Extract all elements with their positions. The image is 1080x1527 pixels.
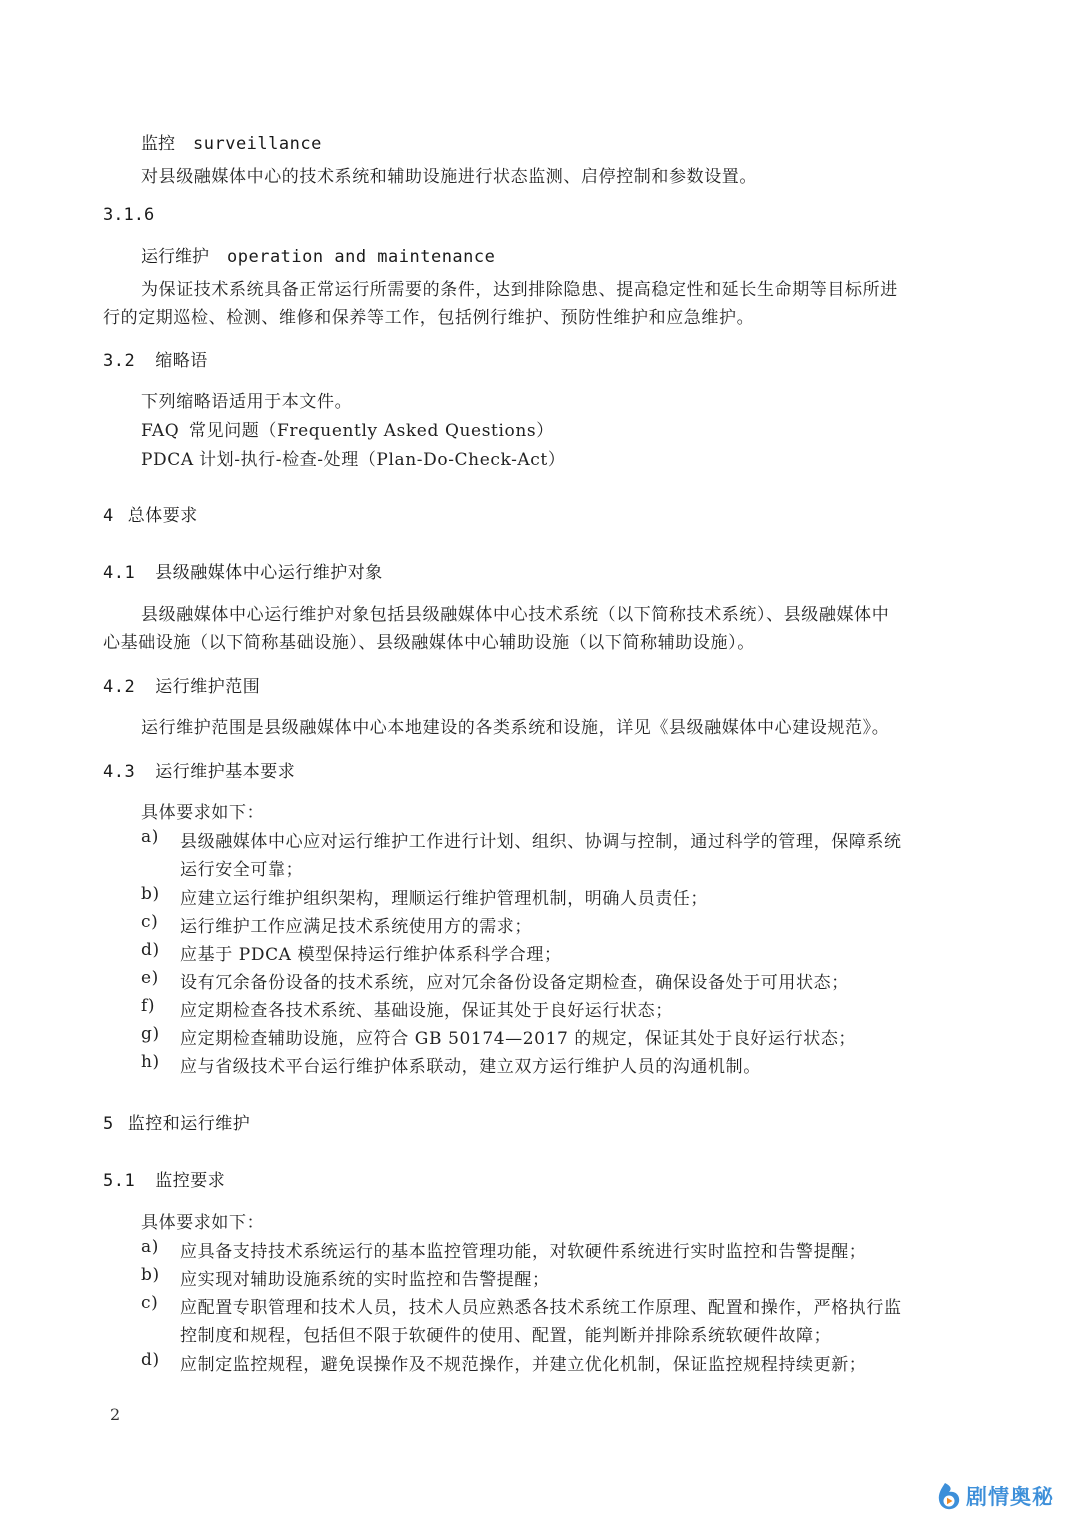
- section-title: 运行维护基本要求: [155, 762, 295, 782]
- list-item-text: 应定期检查辅助设施，应符合 GB 50174—2017 的规定，保证其处于良好运…: [180, 1024, 856, 1049]
- list-item-text-cont: 控制度和规程，包括但不限于软硬件的使用、配置，能判断并排除系统软硬件故障；: [180, 1321, 831, 1346]
- list-item-text-cont: 运行安全可靠；: [180, 855, 303, 880]
- list-marker: e): [141, 968, 159, 988]
- list-item-text: 运行维护工作应满足技术系统使用方的需求；: [180, 912, 532, 937]
- abbreviation-item: PDCA计划-执行-检查-处理（Plan-Do-Check-Act）: [141, 445, 565, 470]
- list-item-text: 应实现对辅助设施系统的实时监控和告警提醒；: [180, 1265, 550, 1290]
- list-item-text: 应基于 PDCA 模型保持运行维护体系科学合理；: [180, 940, 562, 965]
- abbreviation-item: FAQ常见问题（Frequently Asked Questions）: [141, 416, 554, 441]
- list-item-text: 设有冗余备份设备的技术系统，应对冗余备份设备定期检查，确保设备处于可用状态；: [180, 968, 849, 993]
- list-marker: c): [141, 912, 158, 932]
- list-intro: 具体要求如下：: [141, 1208, 264, 1233]
- paragraph-line: 县级融媒体中心运行维护对象包括县级融媒体中心技术系统（以下简称技术系统）、县级融…: [141, 600, 889, 625]
- term-en: surveillance: [193, 134, 322, 154]
- list-marker: d): [141, 1350, 160, 1370]
- section-heading-4: 4总体要求: [103, 501, 198, 526]
- list-marker: g): [141, 1024, 160, 1044]
- watermark-text: 剧情奥秘: [966, 1481, 1054, 1511]
- term-heading: 监控surveillance: [141, 134, 322, 154]
- section-heading-4-2: 4.2运行维护范围: [103, 672, 260, 697]
- term-cn: 监控: [141, 134, 175, 154]
- list-marker: h): [141, 1052, 160, 1072]
- list-item-text: 应制定监控规程，避免误操作及不规范操作，并建立优化机制，保证监控规程持续更新；: [180, 1350, 866, 1375]
- list-marker: c): [141, 1293, 158, 1313]
- section-number: 5.1: [103, 1171, 135, 1191]
- list-marker: f): [141, 996, 155, 1016]
- section-number: 4: [103, 506, 114, 526]
- term-definition: 对县级融媒体中心的技术系统和辅助设施进行状态监测、启停控制和参数设置。: [141, 162, 757, 187]
- list-marker: b): [141, 1265, 160, 1285]
- clause-number: 3.1.6: [103, 205, 154, 225]
- play-drop-logo-icon: [936, 1481, 962, 1511]
- term-definition-line: 为保证技术系统具备正常运行所需要的条件，达到排除隐患、提高稳定性和延长生命期等目…: [141, 275, 898, 300]
- section-heading-5: 5监控和运行维护: [103, 1109, 250, 1134]
- abbreviation: PDCA: [141, 450, 199, 470]
- term-definition-line: 行的定期巡检、检测、维修和保养等工作，包括例行维护、预防性维护和应急维护。: [103, 303, 754, 328]
- list-marker: a): [141, 1237, 159, 1257]
- section-heading-4-1: 4.1县级融媒体中心运行维护对象: [103, 558, 383, 583]
- section-title: 县级融媒体中心运行维护对象: [155, 563, 383, 583]
- section-heading-5-1: 5.1监控要求: [103, 1166, 225, 1191]
- section-number: 4.3: [103, 762, 135, 782]
- section-title: 缩略语: [155, 351, 208, 371]
- section-title: 总体要求: [128, 506, 198, 526]
- list-item-text: 县级融媒体中心应对运行维护工作进行计划、组织、协调与控制，通过科学的管理，保障系…: [180, 827, 902, 852]
- list-item-text: 应定期检查各技术系统、基础设施，保证其处于良好运行状态；: [180, 996, 673, 1021]
- watermark: 剧情奥秘: [936, 1478, 1054, 1514]
- abbreviation-meaning: 计划-执行-检查-处理（Plan-Do-Check-Act）: [199, 450, 565, 470]
- term-en: operation and maintenance: [227, 247, 495, 267]
- abbreviation: FAQ: [141, 421, 189, 441]
- page-number: 2: [110, 1405, 120, 1424]
- list-marker: a): [141, 827, 159, 847]
- abbreviation-meaning: 常见问题（Frequently Asked Questions）: [189, 421, 554, 441]
- section-number: 4.1: [103, 563, 135, 583]
- section-number: 4.2: [103, 677, 135, 697]
- term-heading: 运行维护operation and maintenance: [141, 247, 495, 267]
- list-intro: 具体要求如下：: [141, 798, 264, 823]
- section-heading-3-2: 3.2缩略语: [103, 346, 208, 371]
- paragraph-line: 心基础设施（以下简称基础设施）、县级融媒体中心辅助设施（以下简称辅助设施）。: [103, 628, 755, 653]
- section-title: 监控要求: [155, 1171, 225, 1191]
- section-number: 3.2: [103, 351, 135, 371]
- list-item-text: 应配置专职管理和技术人员，技术人员应熟悉各技术系统工作原理、配置和操作，严格执行…: [180, 1293, 902, 1318]
- abbreviations-intro: 下列缩略语适用于本文件。: [141, 387, 352, 412]
- section-heading-4-3: 4.3运行维护基本要求: [103, 757, 295, 782]
- section-number: 5: [103, 1114, 114, 1134]
- section-title: 监控和运行维护: [128, 1114, 251, 1134]
- term-cn: 运行维护: [141, 247, 209, 267]
- section-title: 运行维护范围: [155, 677, 260, 697]
- list-marker: b): [141, 884, 160, 904]
- paragraph: 运行维护范围是县级融媒体中心本地建设的各类系统和设施，详见《县级融媒体中心建设规…: [141, 713, 889, 738]
- list-item-text: 应建立运行维护组织架构，理顺运行维护管理机制，明确人员责任；: [180, 884, 708, 909]
- list-item-text: 应具备支持技术系统运行的基本监控管理功能，对软硬件系统进行实时监控和告警提醒；: [180, 1237, 866, 1262]
- document-page: 监控surveillance 对县级融媒体中心的技术系统和辅助设施进行状态监测、…: [0, 0, 1080, 1527]
- list-marker: d): [141, 940, 160, 960]
- list-item-text: 应与省级技术平台运行维护体系联动，建立双方运行维护人员的沟通机制。: [180, 1052, 761, 1077]
